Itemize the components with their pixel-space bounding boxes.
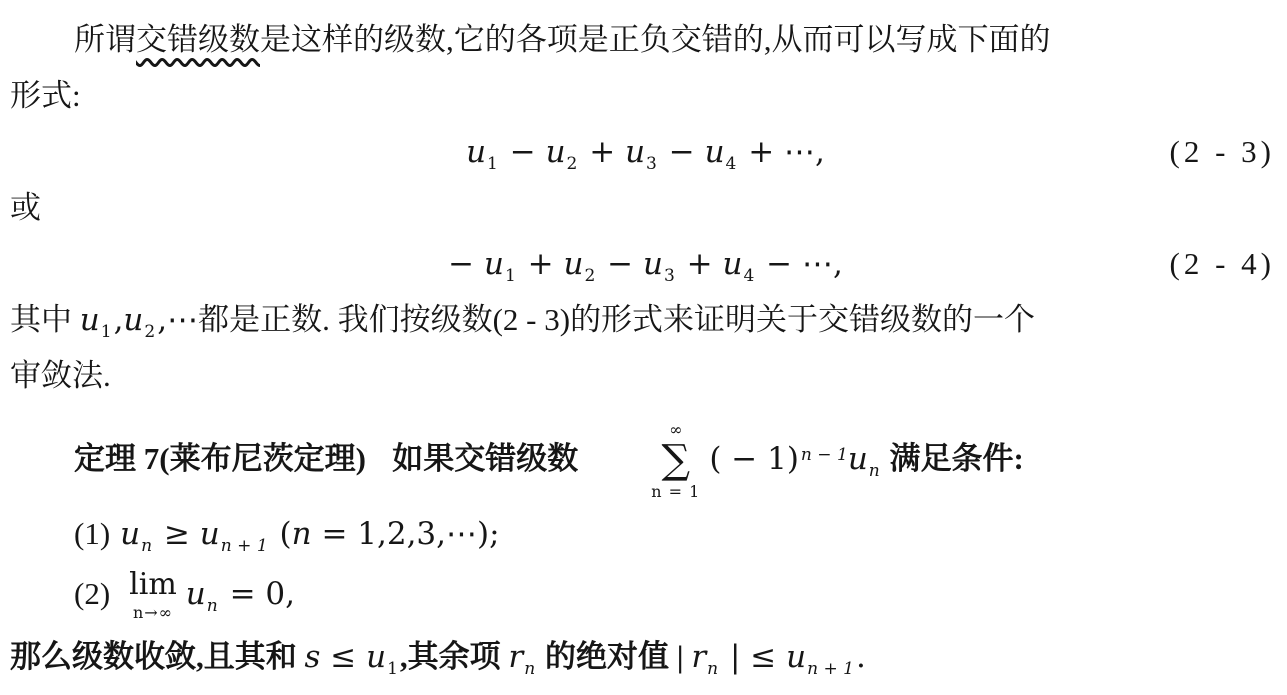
intro-term-underlined: 交错级数	[136, 22, 260, 57]
positive-text-after: 都是正数. 我们按级数(2 - 3)的形式来证明关于交错级数的一个	[198, 302, 1035, 337]
or-word: 或	[10, 180, 1281, 236]
conclusion-sum-formula: s ≤ u1	[305, 639, 400, 675]
intro-text-after: 是这样的级数,它的各项是正负交错的,从而可以写成下面的	[260, 22, 1051, 57]
formula-2-3-body: u1 − u2 + u3 − u4 + ⋯,	[466, 134, 825, 170]
theorem-paragraph: 定理 7(莱布尼茨定理)如果交错级数∞∑n = 1( − 1)n − 1un 满…	[10, 404, 1281, 508]
display-formula-2-4: − u1 + u2 − u3 + u4 − ⋯, (2 - 4)	[10, 236, 1281, 292]
textbook-page: 所谓交错级数是这样的级数,它的各项是正负交错的,从而可以写成下面的 形式: u1…	[0, 0, 1287, 686]
intro-line2: 形式:	[10, 68, 1281, 124]
equation-tag-2-3: (2 - 3)	[1170, 124, 1275, 180]
equation-tag-2-4: (2 - 4)	[1170, 236, 1275, 292]
display-formula-2-3: u1 − u2 + u3 − u4 + ⋯, (2 - 3)	[10, 124, 1281, 180]
condition-2: (2)limn→∞un = 0,	[10, 560, 1281, 628]
intro-text-before: 所谓	[74, 22, 136, 57]
theorem-series-formula: ∞∑n = 1( − 1)n − 1un	[578, 441, 882, 477]
positive-paragraph: 其中 u1,u2,⋯都是正数. 我们按级数(2 - 3)的形式来证明关于交错级数…	[10, 292, 1281, 348]
formula-2-4-body: − u1 + u2 − u3 + u4 − ⋯,	[448, 246, 843, 282]
condition-2-formula: limn→∞un = 0,	[120, 576, 295, 612]
positive-text-before: 其中	[10, 302, 80, 337]
positive-math: u1,u2,⋯	[80, 302, 198, 338]
conclusion-text-mid2: 的绝对值 |	[537, 639, 691, 674]
theorem-tail-text: 满足条件:	[882, 441, 1024, 476]
intro-paragraph: 所谓交错级数是这样的级数,它的各项是正负交错的,从而可以写成下面的	[10, 12, 1281, 68]
theorem-lead-text: 如果交错级数	[392, 441, 578, 476]
condition-1: (1)un ≥ un + 1 (n = 1,2,3,⋯);	[10, 508, 1281, 560]
condition-1-label: (1)	[74, 516, 110, 551]
condition-2-label: (2)	[74, 576, 110, 611]
conclusion-paragraph: 那么级数收敛,且其和 s ≤ u1,其余项 rn 的绝对值 | rn | ≤ u…	[10, 628, 1281, 686]
conclusion-text-mid: ,其余项	[400, 639, 509, 674]
positive-line2: 审敛法.	[10, 348, 1281, 404]
conclusion-remainder-bound-formula: rn | ≤ un + 1.	[691, 639, 866, 675]
conclusion-remainder-symbol: rn	[508, 639, 537, 675]
condition-1-formula: un ≥ un + 1 (n = 1,2,3,⋯);	[120, 516, 499, 552]
conclusion-text-before: 那么级数收敛,且其和	[10, 639, 305, 674]
theorem-title: 定理 7(莱布尼茨定理)	[74, 441, 366, 476]
